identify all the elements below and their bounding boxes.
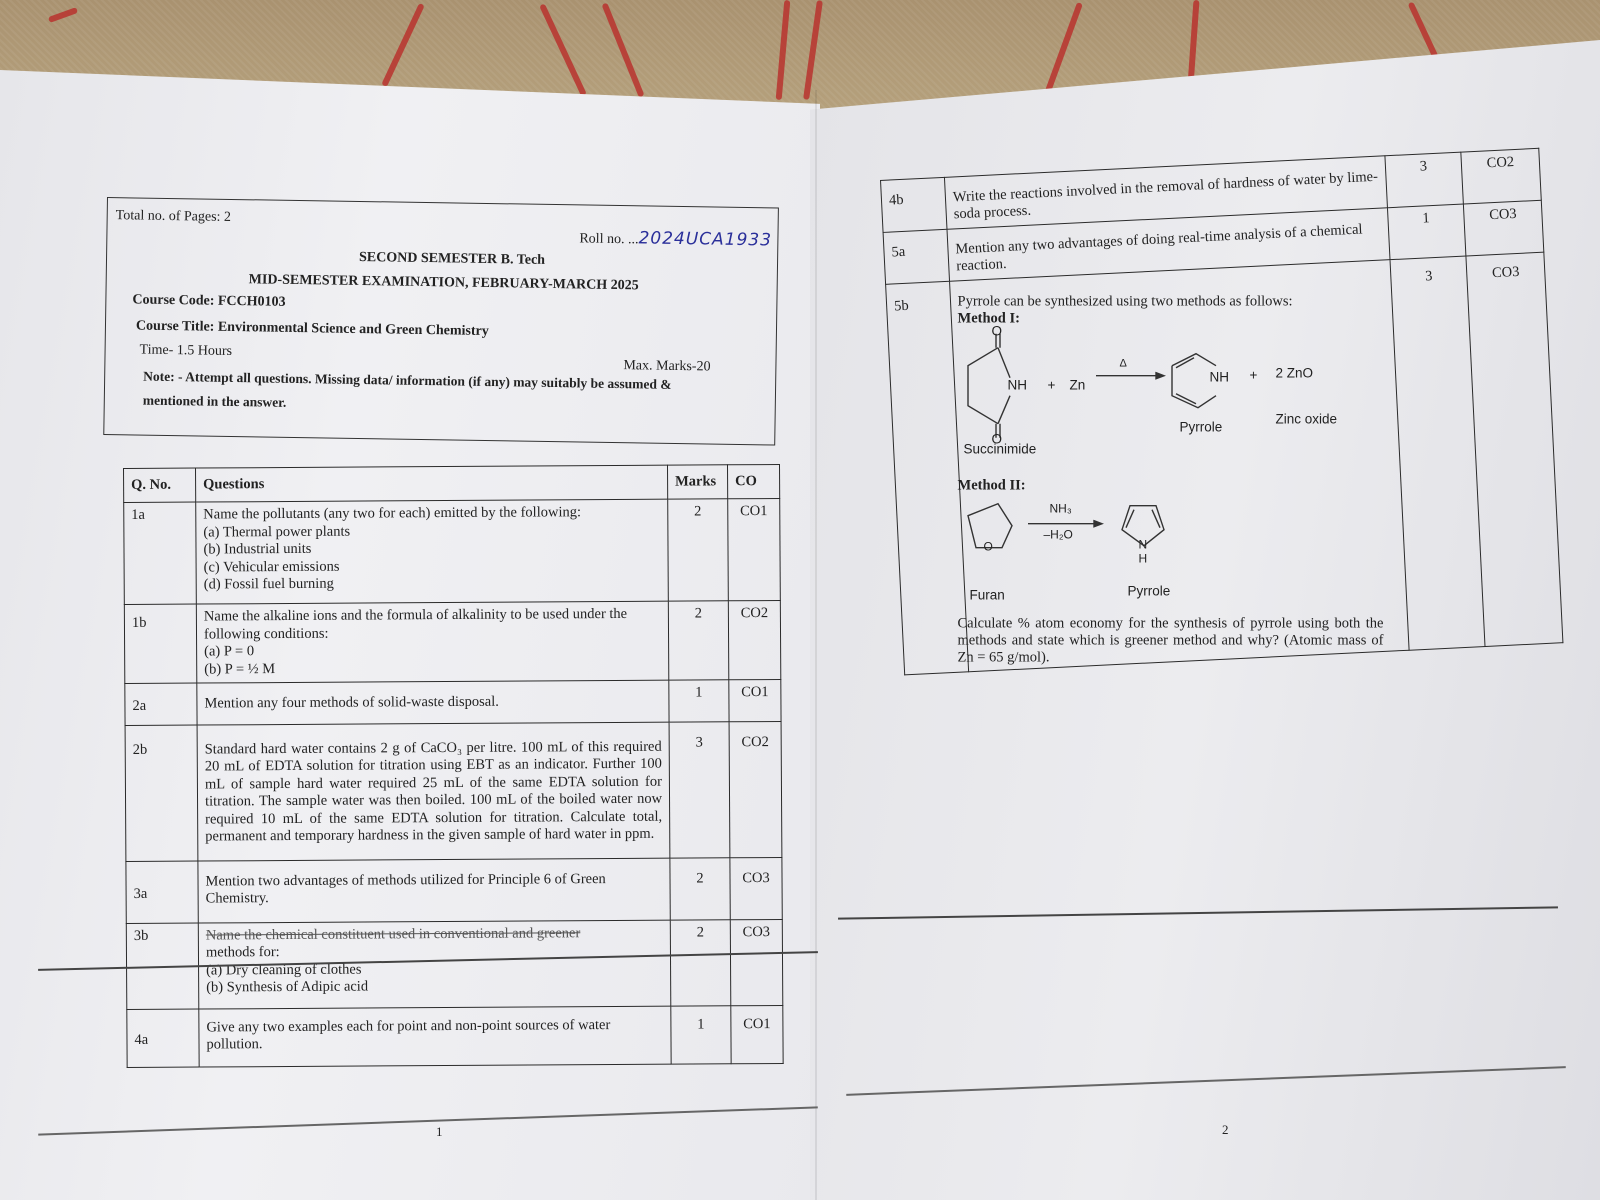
col-qno: Q. No. [124, 468, 196, 503]
marks: 3 [1385, 152, 1463, 207]
semester: SECOND SEMESTER B. Tech [359, 250, 545, 269]
marks: 1 [1387, 204, 1465, 259]
qno: 5a [883, 229, 949, 284]
marks: 2 [668, 601, 728, 680]
marks: 3 [669, 722, 730, 858]
roll-value: 2024UCA1933 [638, 228, 772, 250]
note: Note: - Attempt all questions. Missing d… [143, 369, 672, 393]
col-co: CO [727, 464, 779, 499]
col-marks: Marks [667, 465, 727, 500]
co: CO3 [730, 857, 782, 919]
course-code: Course Code: FCCH0103 [132, 292, 285, 310]
co: CO2 [729, 721, 782, 857]
page-number-1: 1 [436, 1124, 443, 1140]
col-questions: Questions [196, 465, 668, 502]
marks: 1 [669, 680, 729, 722]
qno: 2b [125, 725, 198, 861]
exam-title: MID-SEMESTER EXAMINATION, FEBRUARY-MARCH… [249, 272, 639, 294]
furan-to-pyrrole-icon [957, 495, 1257, 575]
question: Standard hard water contains 2 g of CaCO… [197, 722, 670, 861]
qno: 4b [881, 177, 947, 232]
question: Give any two examples each for point and… [199, 1006, 671, 1067]
max-marks: Max. Marks-20 [623, 358, 710, 375]
table-header: Q. No. Questions Marks CO [124, 464, 780, 502]
marks: 2 [668, 499, 729, 601]
note-continued: mentioned in the answer. [143, 393, 287, 411]
question: Name the alkaline ions and the formula o… [196, 602, 668, 683]
co: CO3 [1463, 200, 1543, 256]
roll-number: Roll no. ...2024UCA1933 [579, 227, 772, 250]
question-table-page-1: Q. No. Questions Marks CO 1a Name the po… [123, 464, 784, 1068]
co: CO1 [728, 499, 781, 601]
page-fold [815, 90, 817, 1200]
question: Pyrrole can be synthesized using two met… [950, 281, 1391, 672]
table-row: 1b Name the alkaline ions and the formul… [124, 601, 780, 684]
total-pages: Total no. of Pages: 2 [116, 208, 232, 226]
marks: 2 [670, 920, 731, 1006]
course-title: Course Title: Environmental Science and … [136, 318, 489, 340]
table-row: 2a Mention any four methods of solid-was… [125, 679, 781, 725]
exam-header: Total no. of Pages: 2 Roll no. ...2024UC… [103, 197, 779, 446]
table-row: 4a Give any two examples each for point … [127, 1005, 783, 1067]
question: Mention two advantages of methods utiliz… [198, 858, 670, 923]
qno: 2a [125, 683, 197, 725]
co: CO2 [728, 601, 780, 680]
table-row: 1a Name the pollutants (any two for each… [124, 499, 781, 605]
method-1-scheme: O NH + Zn Δ O Succinimide NH + 2 ZnO Pyr… [957, 328, 1383, 478]
page-number-2: 2 [1222, 1122, 1229, 1138]
qno: 3a [126, 861, 198, 923]
question-table-page-2: 4b Write the reactions involved in the r… [880, 148, 1563, 676]
time: Time- 1.5 Hours [139, 343, 232, 360]
co: CO2 [1461, 148, 1541, 204]
marks: 1 [671, 1006, 731, 1064]
roll-label: Roll no. ... [579, 231, 638, 247]
method-2-title: Method II: [957, 478, 1383, 495]
qno: 1b [124, 604, 196, 683]
table-row: 2b Standard hard water contains 2 g of C… [125, 721, 782, 861]
method-2-scheme: O NH₃ –H₂O N H Furan Pyrrole [957, 495, 1383, 605]
qno: 4a [127, 1009, 199, 1067]
question: Name the pollutants (any two for each) e… [196, 500, 669, 605]
table-row: 3a Mention two advantages of methods uti… [126, 857, 782, 923]
marks: 2 [670, 858, 730, 920]
method-1-title: Method I: [957, 311, 1383, 328]
co: CO1 [731, 1005, 783, 1063]
question: Mention any four methods of solid-waste … [197, 680, 669, 725]
qno: 1a [124, 502, 197, 604]
table-row: 5b Pyrrole can be synthesized using two … [886, 252, 1563, 675]
co: CO3 [730, 919, 783, 1005]
co: CO1 [729, 679, 781, 721]
